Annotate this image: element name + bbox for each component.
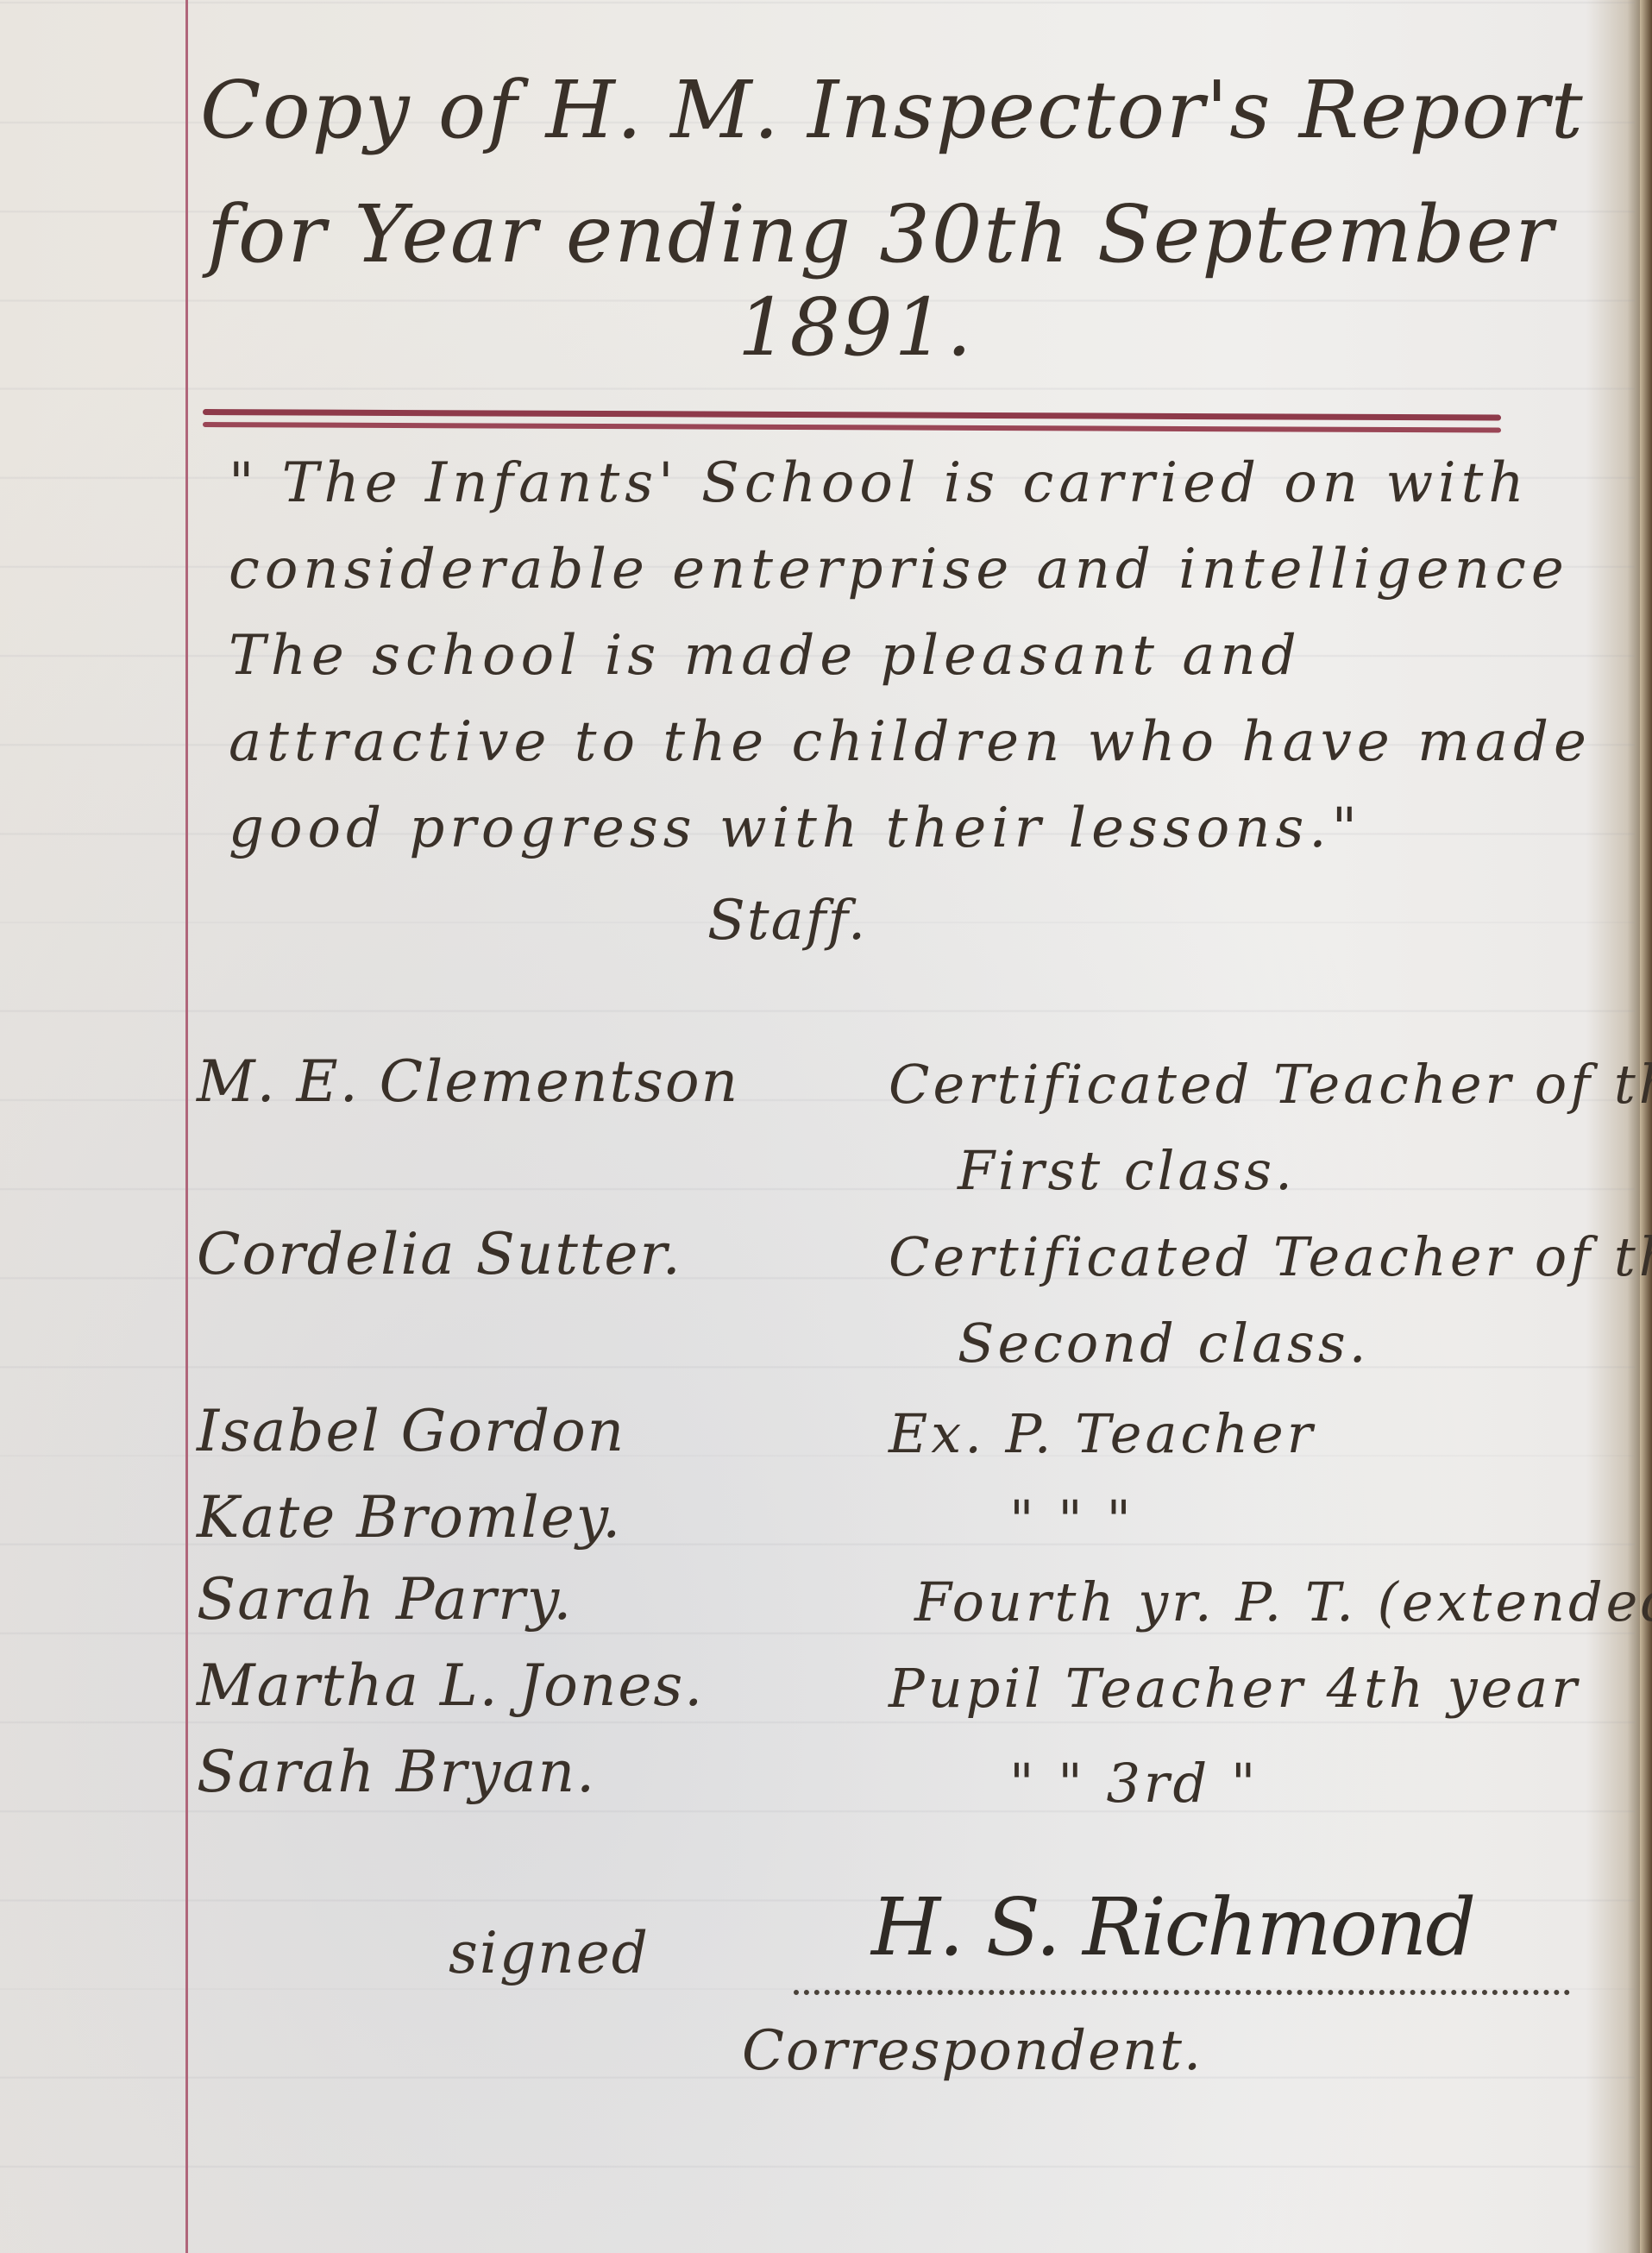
book-binding-edge [1640, 0, 1652, 2253]
staff-name: Cordelia Sutter. [197, 1221, 682, 1287]
staff-name: Martha L. Jones. [197, 1652, 704, 1719]
report-quote-line-1: " The Infants' School is carried on with [229, 453, 1530, 513]
staff-name: Sarah Bryan. [197, 1739, 596, 1805]
report-quote-line-2: considerable enterprise and intelligence [229, 539, 1569, 600]
staff-role: " " " [1009, 1488, 1134, 1551]
margin-rule [185, 0, 188, 2253]
report-quote-line-4: attractive to the children who have made [229, 712, 1592, 772]
staff-role: Certificated Teacher of the [889, 1053, 1652, 1116]
staff-name: Isabel Gordon [197, 1398, 625, 1464]
rule-lower [203, 422, 1501, 433]
staff-role-continued: Second class. [958, 1312, 1369, 1375]
double-rule-divider [203, 409, 1501, 431]
signature-dotted-line [794, 1985, 1570, 1995]
staff-role-continued: First class. [958, 1139, 1296, 1202]
staff-name: M. E. Clementson [197, 1048, 739, 1115]
page-title-line-1: Copy of H. M. Inspector's Report [200, 67, 1585, 154]
page-title-year: 1891. [738, 285, 973, 371]
signed-label: signed [449, 1920, 650, 1986]
rule-upper [203, 409, 1501, 421]
staff-role: Ex. P. Teacher [889, 1402, 1316, 1465]
report-quote-line-5: good progress with their lessons." [229, 798, 1362, 859]
staff-name: Kate Bromley. [197, 1484, 622, 1551]
report-quote-line-3: The school is made pleasant and [229, 626, 1302, 686]
staff-role: Pupil Teacher 4th year [889, 1657, 1580, 1720]
ledger-page: Copy of H. M. Inspector's Report for Yea… [0, 0, 1652, 2253]
staff-heading: Staff. [707, 889, 867, 953]
staff-name: Sarah Parry. [197, 1566, 573, 1633]
signature: H. S. Richmond [871, 1881, 1474, 1973]
page-title-line-2: for Year ending 30th September [207, 192, 1555, 278]
staff-role: Fourth yr. P. T. (extended) [914, 1570, 1652, 1633]
signatory-role: Correspondent. [742, 2019, 1203, 2083]
staff-role: Certificated Teacher of the [889, 1225, 1652, 1288]
staff-role: " " 3rd " [1009, 1752, 1259, 1815]
